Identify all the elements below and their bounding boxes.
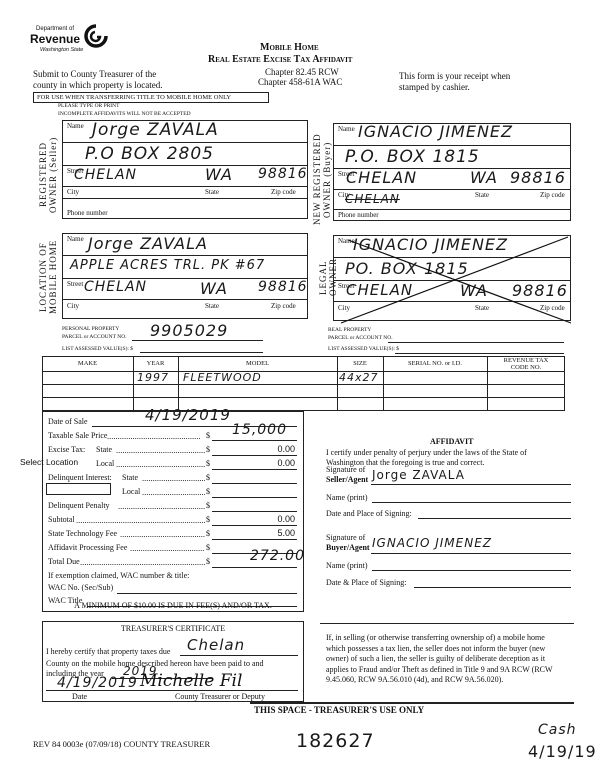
buyer-name-field[interactable]: IGNACIO JIMENEZ [358,122,513,141]
type-or-print-note: PLEASE TYPE OR PRINT [58,103,119,109]
location-section-label: LOCATION OFMOBILE HOME [38,238,58,316]
location-zip-label: Zip code [271,302,296,310]
total-due-label: Total Due [48,557,80,566]
personal-parcel-label-2: PARCEL or ACCOUNT NO. [62,334,127,340]
subtotal-label: Subtotal [48,515,75,524]
buyer-zip-label: Zip code [540,191,565,199]
buyer-state-field[interactable]: WA [470,168,498,187]
taxable-price-value: 15,000 [232,422,287,438]
buyer-name-label: Name [338,125,355,133]
treasurer-line-1: I hereby certify that property taxes due [46,647,170,656]
cash-date: 4/19/19 [528,742,597,761]
seller-date-place-label: Date and Place of Signing: [326,509,412,518]
col-header-model: MODEL [178,360,337,367]
seller-date-place-field[interactable] [418,506,571,519]
affidavit-statement-1: I certify under penalty of perjury under… [326,448,527,457]
seller-city-field[interactable]: CHELAN [74,167,137,183]
treasurer-county-value: Chelan [187,636,245,654]
table-row-1-serial[interactable] [387,371,485,384]
col-header-serial: SERIAL NO. or I.D. [383,360,487,367]
location-zip-field[interactable]: 98816 [258,279,308,295]
buyer-sig-label-1: Signature of [326,533,365,542]
delinquent-interest-label: Delinquent Interest: [48,473,112,482]
submit-text-1: Submit to County Treasurer of the [33,69,156,79]
seller-signature-value: Jorge ZAVALA [372,468,465,482]
treasurer-date-label: Date [72,692,87,701]
taxable-price-label: Taxable Sale Price [48,431,107,440]
table-row-1-revenue-code[interactable] [490,371,562,384]
incomplete-note: INCOMPLETE AFFIDAVITS WILL NOT BE ACCEPT… [58,111,191,117]
buyer-sig-label-2: Buyer/Agent [326,543,370,552]
minimum-due-notice: A MINIMUM OF $10.00 IS DUE IN FEE(S) AND… [42,600,304,610]
seller-phone-label: Phone number [67,209,108,217]
revenue-swirl-icon [84,24,108,48]
buyer-city-struck: CHELAN [345,192,400,206]
table-row-1-size[interactable]: 44x27 [339,371,379,384]
chapter-rcw: Chapter 82.45 RCW [265,67,339,77]
wac-no-field[interactable] [117,581,297,594]
real-assessed-label: LIST ASSESSED VALUE(S): $ [328,346,399,352]
location-state-label: State [205,302,219,310]
location-city-field[interactable]: CHELAN [84,279,147,295]
excise-local-value: 0.00 [212,458,295,468]
location-street-label: Street [67,280,83,288]
logo-revenue-text: Revenue [30,32,80,46]
exemption-label: If exemption claimed, WAC number & title… [48,571,189,580]
treasurer-signature-value: Michelle Fil [140,671,242,691]
col-header-revenue-code: REVENUE TAX CODE NO. [497,357,555,371]
personal-assessed-field[interactable] [140,340,263,353]
location-select-box[interactable] [46,483,111,495]
treasurer-title: TREASURER'S CERTIFICATE [42,624,304,633]
chapter-wac: Chapter 458-61A WAC [258,77,342,87]
select-location-dropdown[interactable]: Select Location [20,457,78,467]
delinquent-penalty-label: Delinquent Penalty [48,501,110,510]
revenue-logo: Department of Revenue Washington State [30,24,110,62]
form-number: REV 84 0003e (07/09/18) COUNTY TREASURER [33,739,210,749]
buyer-phone-label: Phone number [338,211,379,219]
buyer-date-place-label: Date & Place of Signing: [326,578,406,587]
delinquent-interest-local-label: Local [122,487,140,496]
seller-sig-label-2: Seller/Agent [326,475,368,484]
col-header-make: MAKE [42,360,133,367]
excise-tax-label: Excise Tax: [48,445,85,454]
legal-owner-cross-out [333,235,573,325]
transfer-banner: FOR USE WHEN TRANSFERRING TITLE TO MOBIL… [33,92,269,103]
tech-fee-value: 5.00 [212,528,295,538]
buyer-name-print-field[interactable] [372,558,571,571]
seller-state-label: State [205,188,219,196]
receipt-number: 182627 [296,730,375,752]
seller-name-field[interactable]: Jorge ZAVALA [92,120,219,140]
treasurer-sig-label: County Treasurer or Deputy [175,692,265,701]
delinquent-penalty-field[interactable] [212,499,297,512]
receipt-text-2: stamped by cashier. [399,82,470,92]
buyer-phone-field[interactable] [390,209,565,220]
subtotal-value: 0.00 [212,514,295,524]
affidavit-title: AFFIDAVIT [430,437,473,446]
buyer-date-place-field[interactable] [414,575,571,588]
date-of-sale-label: Date of Sale [48,417,88,426]
location-name-field[interactable]: Jorge ZAVALA [88,234,208,253]
seller-sig-label-1: Signature of [326,465,365,474]
seller-city-label: City [67,188,79,196]
seller-name-print-label: Name (print) [326,493,368,502]
seller-street-field[interactable]: P.O BOX 2805 [85,144,214,164]
seller-zip-field[interactable]: 98816 [258,166,308,182]
location-street-field[interactable]: APPLE ACRES TRL. PK #67 [70,258,265,273]
real-parcel-label-1: REAL PROPERTY [328,327,371,333]
excise-state-value: 0.00 [212,444,295,454]
buyer-zip-field[interactable]: 98816 [510,168,566,187]
col-header-year: YEAR [133,360,178,367]
buyer-city-field[interactable]: CHELAN [346,168,417,187]
receipt-text-1: This form is your receipt when [399,71,510,81]
excise-local-label: Local [96,459,114,468]
seller-name-label: Name [67,122,84,130]
lien-notice: If, in selling (or otherwise transferrin… [326,633,553,686]
seller-phone-field[interactable] [120,206,300,217]
form-title-2: Real Estate Excise Tax Affidavit [208,54,352,65]
real-parcel-label-2: PARCEL or ACCOUNT NO. [328,335,393,341]
submit-text-2: county in which property is located. [33,80,162,90]
table-row-1-model[interactable]: FLEETWOOD [183,371,262,384]
treasurer-use-only: THIS SPACE - TREASURER'S USE ONLY [254,705,424,715]
logo-state-text: Washington State [40,47,83,53]
location-city-label: City [67,302,79,310]
wac-no-label: WAC No. (Sec/Sub) [48,583,113,592]
table-row-1-make[interactable] [46,371,131,384]
col-header-size: SIZE [337,360,383,367]
processing-fee-label: Affidavit Processing Fee [48,543,127,552]
form-title-1: Mobile Home [260,42,319,53]
buyer-street-field[interactable]: P.O. BOX 1815 [345,147,480,167]
seller-name-print-field[interactable] [372,490,571,503]
seller-state-field[interactable]: WA [205,165,233,184]
real-assessed-field[interactable] [395,341,564,354]
treasurer-date-value: 4/19/2019 [57,675,138,691]
total-due-value: 272.00 [250,548,305,564]
delinquent-interest-state-field[interactable] [212,471,297,484]
buyer-state-label: State [475,191,489,199]
personal-assessed-label: LIST ASSESSED VALUE(S): $ [62,346,133,352]
seller-section-label: REGISTEREDOWNER (Seller) [38,132,58,217]
personal-parcel-value: 9905029 [150,321,228,340]
table-row-1-year[interactable]: 1997 [137,371,169,384]
excise-state-label: State [96,445,112,454]
personal-parcel-label-1: PERSONAL PROPERTY [62,326,119,332]
delinquent-interest-state-label: State [122,473,138,482]
date-of-sale-value: 4/19/2019 [145,406,231,424]
tech-fee-label: State Technology Fee [48,529,117,538]
buyer-name-print-label: Name (print) [326,561,368,570]
cash-note: Cash [538,722,577,738]
buyer-signature-value: IGNACIO JIMENEZ [372,536,492,550]
buyer-section-label: NEW REGISTEREDOWNER (Buyer) [312,132,332,227]
seller-zip-label: Zip code [271,188,296,196]
location-state-field[interactable]: WA [200,279,228,298]
location-name-label: Name [67,235,84,243]
delinquent-interest-local-field[interactable] [212,485,297,498]
